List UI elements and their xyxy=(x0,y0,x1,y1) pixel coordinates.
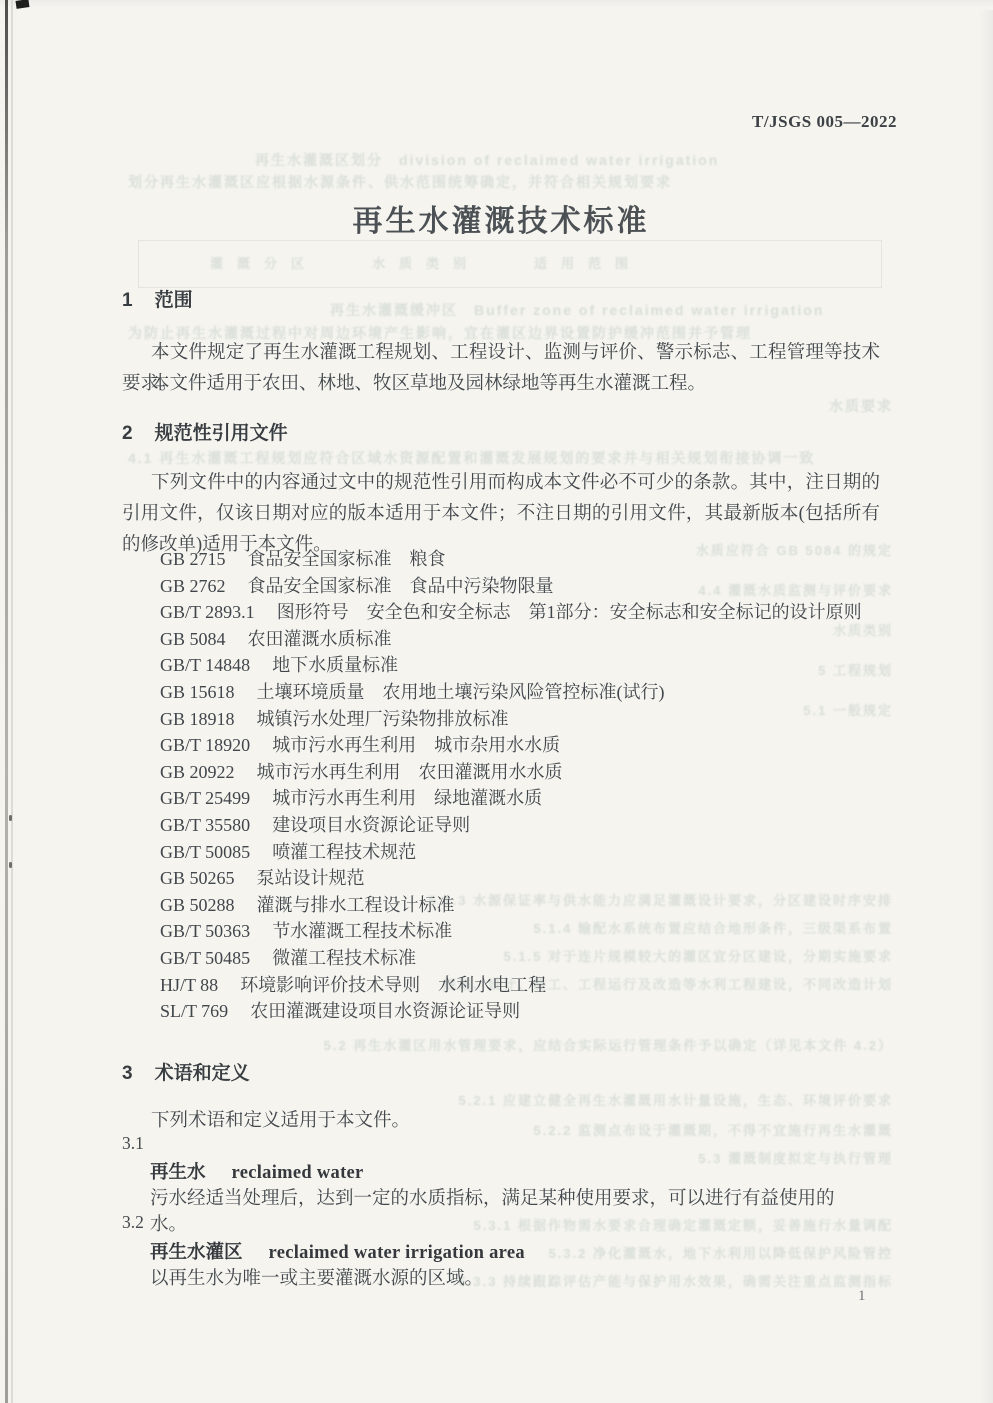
reference-item: GB/T 35580建设项目水资源论证导则 xyxy=(160,812,862,839)
reference-code: GB/T 50485 xyxy=(160,945,250,972)
reference-code: GB 20922 xyxy=(160,759,235,786)
term-definition: 污水经适当处理后，达到一定的水质指标，满足某种使用要求，可以进行有益使用的水。 xyxy=(150,1184,870,1236)
reference-item: GB 50288灌溉与排水工程设计标准 xyxy=(160,892,862,919)
section1-paragraph: 本文件适用于农田、林地、牧区草地及园林绿地等再生水灌溉工程。 xyxy=(122,369,880,400)
reference-item: GB/T 25499城市污水再生利用 绿地灌溉水质 xyxy=(160,785,862,812)
reference-item: GB 15618土壤环境质量 农用地土壤污染风险管控标准(试行) xyxy=(160,679,862,706)
reference-item: GB 50265泵站设计规范 xyxy=(160,865,862,892)
reference-title: 城市污水再生利用 城市杂用水水质 xyxy=(272,735,560,755)
scan-speck xyxy=(9,815,12,821)
reference-code: GB/T 18920 xyxy=(160,732,250,759)
reference-code: GB 2715 xyxy=(160,546,226,573)
reference-item: GB 2762食品安全国家标准 食品中污染物限量 xyxy=(160,573,862,600)
reference-title: 城镇污水处理厂污染物排放标准 xyxy=(257,709,509,729)
reference-code: GB/T 50085 xyxy=(160,839,250,866)
reference-title: 微灌工程技术标准 xyxy=(272,948,416,968)
reference-item: HJ/T 88环境影响评价技术导则 水利水电工程 xyxy=(160,972,862,999)
reference-code: GB 5084 xyxy=(160,626,226,653)
reference-title: 城市污水再生利用 农田灌溉用水水质 xyxy=(257,762,563,782)
reference-title: 环境影响评价技术导则 水利水电工程 xyxy=(240,975,546,995)
reference-title: 泵站设计规范 xyxy=(257,868,365,888)
reference-code: GB/T 50363 xyxy=(160,918,250,945)
section1-heading: 1范围 xyxy=(122,285,193,312)
reference-title: 城市污水再生利用 绿地灌溉水质 xyxy=(272,788,542,808)
document-body: 1范围 本文件规定了再生水灌溉工程规划、工程设计、监测与评价、警示标志、工程管理… xyxy=(122,0,880,1403)
reference-code: HJ/T 88 xyxy=(160,972,218,999)
term-name: 再生水reclaimed water xyxy=(150,1158,364,1184)
reference-item: GB 5084农田灌溉水质标准 xyxy=(160,626,862,653)
reference-title: 农田灌溉建设项目水资源论证导则 xyxy=(250,1001,520,1021)
reference-code: GB 15618 xyxy=(160,679,235,706)
reference-code: SL/T 769 xyxy=(160,998,228,1025)
reference-code: GB 18918 xyxy=(160,706,235,733)
reference-title: 农田灌溉水质标准 xyxy=(248,629,392,649)
section2-heading: 2规范性引用文件 xyxy=(122,418,288,445)
scan-left-crease xyxy=(11,0,13,1403)
reference-item: SL/T 769农田灌溉建设项目水资源论证导则 xyxy=(160,998,862,1025)
section1-number: 1 xyxy=(122,290,133,312)
scanned-document-page: 再生水灌溉区划分 division of reclaimed water irr… xyxy=(0,0,993,1403)
reference-item: GB/T 18920城市污水再生利用 城市杂用水水质 xyxy=(160,732,862,759)
scan-speck xyxy=(9,862,12,868)
reference-title: 节水灌溉工程技术标准 xyxy=(272,921,452,941)
section3-number: 3 xyxy=(122,1063,133,1085)
reference-code: GB/T 14848 xyxy=(160,652,250,679)
normative-references-list: GB 2715食品安全国家标准 粮食 GB 2762食品安全国家标准 食品中污染… xyxy=(160,546,862,1025)
reference-title: 食品安全国家标准 粮食 xyxy=(248,549,446,569)
reference-code: GB/T 25499 xyxy=(160,785,250,812)
section3-heading-label: 术语和定义 xyxy=(155,1063,250,1084)
reference-item: GB/T 2893.1图形符号 安全色和安全标志 第1部分：安全标志和安全标记的… xyxy=(160,599,862,626)
reference-item: GB 18918城镇污水处理厂污染物排放标准 xyxy=(160,706,862,733)
term-en: reclaimed water xyxy=(232,1163,364,1183)
reference-item: GB 20922城市污水再生利用 农田灌溉用水水质 xyxy=(160,759,862,786)
section2-heading-label: 规范性引用文件 xyxy=(155,423,288,444)
scan-corner-mark xyxy=(16,0,30,9)
scan-left-edge-shadow xyxy=(5,0,8,1403)
term-definition: 以再生水为唯一或主要灌溉水源的区域。 xyxy=(150,1264,870,1290)
reference-title: 图形符号 安全色和安全标志 第1部分：安全标志和安全标记的设计原则 xyxy=(277,602,862,622)
reference-title: 土壤环境质量 农用地土壤污染风险管控标准(试行) xyxy=(257,682,665,702)
term-name: 再生水灌区reclaimed water irrigation area xyxy=(150,1238,525,1264)
reference-code: GB/T 35580 xyxy=(160,812,250,839)
term-zh: 再生水 xyxy=(150,1161,206,1182)
reference-title: 食品安全国家标准 食品中污染物限量 xyxy=(248,576,554,596)
term-number: 3.2 xyxy=(122,1212,144,1233)
section3-heading: 3术语和定义 xyxy=(122,1058,250,1085)
reference-code: GB 50288 xyxy=(160,892,235,919)
reference-item: GB/T 50363节水灌溉工程技术标准 xyxy=(160,918,862,945)
section2-number: 2 xyxy=(122,423,133,445)
term-zh: 再生水灌区 xyxy=(150,1241,243,1262)
page-number: 1 xyxy=(858,1288,866,1305)
reference-item: GB/T 50485微灌工程技术标准 xyxy=(160,945,862,972)
term-number: 3.1 xyxy=(122,1133,144,1154)
reference-code: GB 50265 xyxy=(160,865,235,892)
reference-item: GB/T 14848地下水质量标准 xyxy=(160,652,862,679)
reference-title: 灌溉与排水工程设计标准 xyxy=(257,895,455,915)
reference-title: 喷灌工程技术规范 xyxy=(272,842,416,862)
reference-code: GB/T 2893.1 xyxy=(160,599,255,626)
term-en: reclaimed water irrigation area xyxy=(269,1243,525,1263)
section1-heading-label: 范围 xyxy=(155,290,193,311)
reference-code: GB 2762 xyxy=(160,573,226,600)
section3-intro: 下列术语和定义适用于本文件。 xyxy=(122,1106,880,1137)
reference-title: 地下水质量标准 xyxy=(272,655,398,675)
reference-title: 建设项目水资源论证导则 xyxy=(272,815,470,835)
reference-item: GB/T 50085喷灌工程技术规范 xyxy=(160,839,862,866)
reference-item: GB 2715食品安全国家标准 粮食 xyxy=(160,546,862,573)
